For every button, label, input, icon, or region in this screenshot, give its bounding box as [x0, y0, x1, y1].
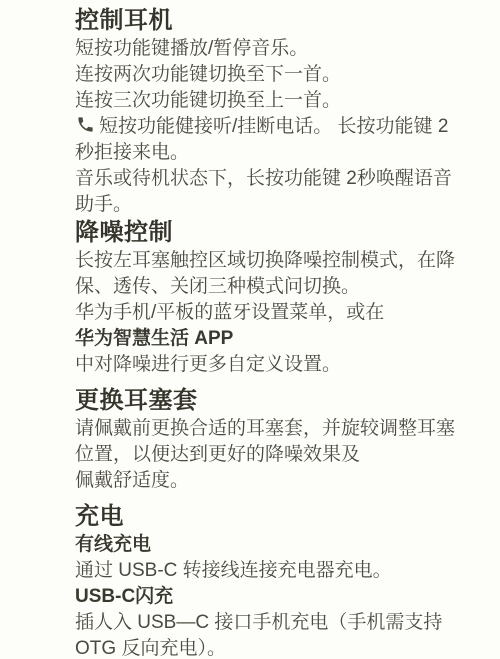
- body-line: 中对降噪进行更多自定义设置。: [75, 352, 450, 378]
- subheading-usbc-fastcharge: USB-C闪充: [75, 584, 450, 610]
- body-line: 音乐或待机状态下，长按功能键 2秒唤醒语音: [75, 166, 450, 192]
- body-line: 请佩戴前更换合适的耳塞套，并旋较调整耳塞: [75, 416, 450, 442]
- body-line: 通过 USB-C 转接线连接充电器充电。: [75, 558, 450, 584]
- body-line: 短按功能键播放/暂停音乐。: [75, 36, 450, 62]
- body-line-app-name: 华为智慧生活 APP: [75, 326, 450, 352]
- manual-page: 控制耳机 短按功能键播放/暂停音乐。 连按两次功能键切换至下一首。 连按三次功能…: [0, 0, 500, 659]
- phone-icon: [75, 115, 96, 134]
- body-line: 短按功能健接听/挂断电话。 长按功能键 2: [75, 114, 450, 140]
- body-line-text: 短按功能健接听/挂断电话。 长按功能键 2: [99, 116, 448, 137]
- body-line: 长按左耳塞触控区域切换降噪控制模式，在降: [75, 248, 450, 274]
- subheading-wired-charging: 有线充电: [75, 532, 450, 558]
- section-heading: 控制耳机: [75, 6, 450, 36]
- body-line: 佩戴舒适度。: [75, 468, 450, 494]
- section-heading: 降噪控制: [75, 218, 450, 248]
- body-line: 连按两次功能键切换至下一首。: [75, 62, 450, 88]
- section-noise-control: 降噪控制 长按左耳塞触控区域切换降噪控制模式，在降 保、透传、关闭三种模式问切换…: [75, 218, 450, 378]
- body-line: 插人入 USB—C 接口手机充电（手机需支持: [75, 610, 450, 636]
- section-replace-eartips: 更换耳塞套 请佩戴前更换合适的耳塞套，并旋较调整耳塞 位置，以便达到更好的降噪效…: [75, 386, 450, 494]
- section-heading: 更换耳塞套: [75, 386, 450, 416]
- body-line: OTG 反向充电）。: [75, 636, 450, 659]
- body-line: 助手。: [75, 192, 450, 218]
- body-line: 保、透传、关闭三种模式问切换。: [75, 274, 450, 300]
- body-line: 华为手机/平板的蓝牙设置菜单，或在: [75, 300, 450, 326]
- section-charging: 充电 有线充电 通过 USB-C 转接线连接充电器充电。 USB-C闪充 插人入…: [75, 502, 450, 659]
- body-line: 秒拒接来电。: [75, 140, 450, 166]
- body-line: 位置，以便达到更好的降噪效果及: [75, 442, 450, 468]
- body-line: 连按三次功能键切换至上一首。: [75, 88, 450, 114]
- section-control-earphones: 控制耳机 短按功能键播放/暂停音乐。 连按两次功能键切换至下一首。 连按三次功能…: [75, 6, 450, 218]
- section-heading: 充电: [75, 502, 450, 532]
